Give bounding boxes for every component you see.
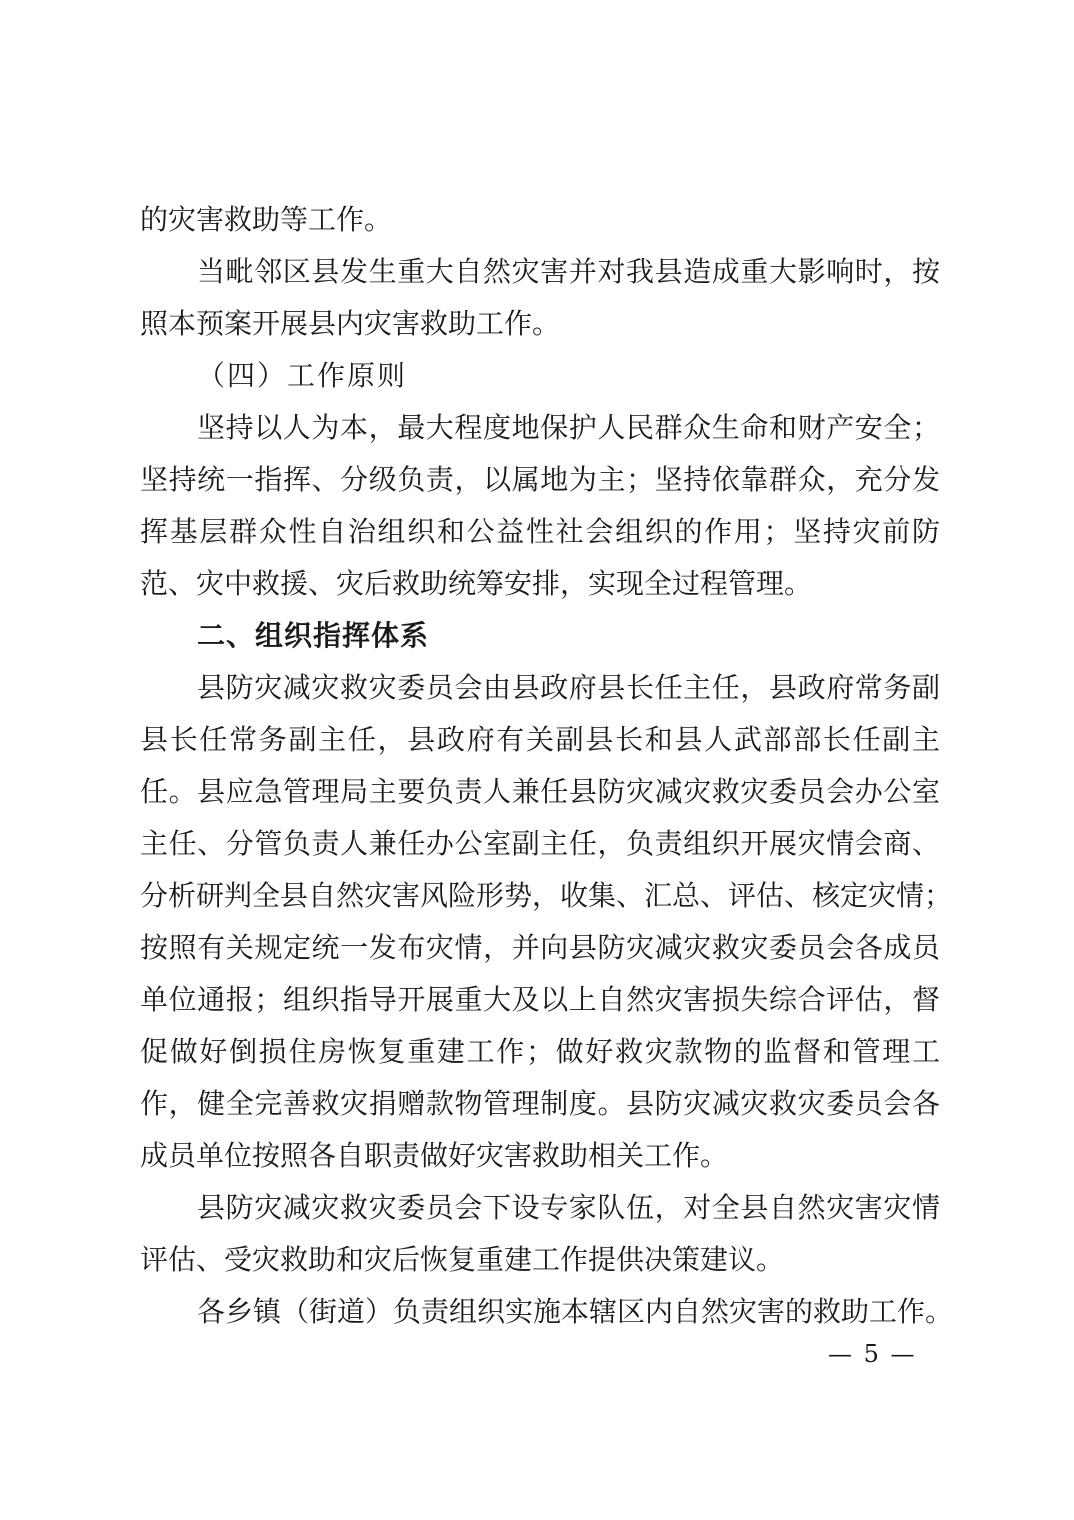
- section-heading: 二、组织指挥体系: [197, 616, 429, 656]
- paragraph-line: 的灾害救助等工作。: [140, 200, 940, 240]
- paragraph-line: 各乡镇（街道）负责组织实施本辖区内自然灾害的救助工作。: [197, 1292, 940, 1332]
- paragraph-line: 坚持以人为本，最大程度地保护人民群众生命和财产安全；: [197, 408, 940, 448]
- paragraph-line: 成员单位按照各自职责做好灾害救助相关工作。: [140, 1136, 940, 1176]
- paragraph-line: 单位通报；组织指导开展重大及以上自然灾害损失综合评估，督: [140, 980, 940, 1020]
- paragraph-line: 当毗邻区县发生重大自然灾害并对我县造成重大影响时，按: [197, 252, 940, 292]
- paragraph-line: 促做好倒损住房恢复重建工作；做好救灾款物的监督和管理工: [140, 1032, 940, 1072]
- paragraph-line: 作，健全完善救灾捐赠款物管理制度。县防灾减灾救灾委员会各: [140, 1084, 940, 1124]
- paragraph-line: 主任、分管负责人兼任办公室副主任，负责组织开展灾情会商、: [140, 824, 940, 864]
- paragraph-line: 按照有关规定统一发布灾情，并向县防灾减灾救灾委员会各成员: [140, 928, 940, 968]
- section-subheading: （四）工作原则: [197, 356, 407, 396]
- paragraph-line: 坚持统一指挥、分级负责，以属地为主；坚持依靠群众，充分发: [140, 460, 940, 500]
- page-number: — 5 —: [828, 1338, 917, 1370]
- paragraph-line: 评估、受灾救助和灾后恢复重建工作提供决策建议。: [140, 1240, 940, 1280]
- paragraph-line: 范、灾中救援、灾后救助统筹安排，实现全过程管理。: [140, 564, 940, 604]
- paragraph-line: 任。县应急管理局主要负责人兼任县防灾减灾救灾委员会办公室: [140, 772, 940, 812]
- paragraph-line: 县长任常务副主任，县政府有关副县长和县人武部部长任副主: [140, 720, 940, 760]
- paragraph-line: 县防灾减灾救灾委员会由县政府县长任主任，县政府常务副: [197, 668, 940, 708]
- paragraph-line: 县防灾减灾救灾委员会下设专家队伍，对全县自然灾害灾情: [197, 1188, 940, 1228]
- paragraph-line: 挥基层群众性自治组织和公益性社会组织的作用；坚持灾前防: [140, 512, 940, 552]
- paragraph-line: 分析研判全县自然灾害风险形势，收集、汇总、评估、核定灾情；: [140, 876, 940, 916]
- document-page: 的灾害救助等工作。 当毗邻区县发生重大自然灾害并对我县造成重大影响时，按 照本预…: [0, 0, 1074, 1520]
- paragraph-line: 照本预案开展县内灾害救助工作。: [140, 304, 940, 344]
